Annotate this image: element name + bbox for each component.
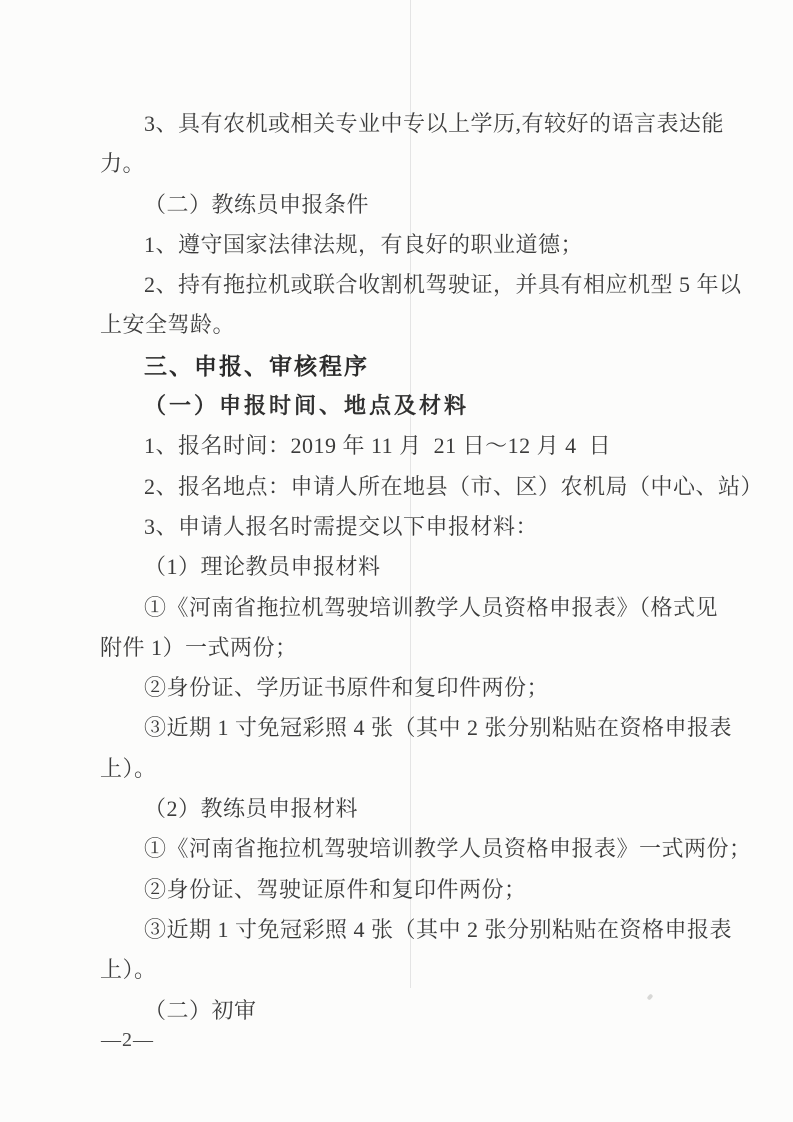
document-line: ③近期 1 寸免冠彩照 4 张（其中 2 张分别粘贴在资格申报表 [100,910,760,950]
document-line: 力。 [100,144,760,184]
document-body: 3、具有农机或相关专业中专以上学历,有较好的语言表达能力。（二）教练员申报条件1… [100,104,760,1031]
document-line: 3、具有农机或相关专业中专以上学历,有较好的语言表达能 [100,104,760,144]
document-line: 2、报名地点：申请人所在地县（市、区）农机局（中心、站） [100,467,760,507]
document-line: 上）。 [100,950,760,990]
document-line: ②身份证、学历证书原件和复印件两份； [100,668,760,708]
document-line: ①《河南省拖拉机驾驶培训教学人员资格申报表》一式两份； [100,829,760,869]
page-number: —2— [101,1026,154,1054]
document-line: 三、申报、审核程序 [100,346,760,386]
document-line: ②身份证、驾驶证原件和复印件两份； [100,870,760,910]
document-line: 1、遵守国家法律法规，有良好的职业道德； [100,225,760,265]
document-line: 1、报名时间：2019 年 11 月 21 日～12 月 4 日 [100,426,760,466]
document-line: 附件 1）一式两份； [100,628,760,668]
scanned-document-page: 3、具有农机或相关专业中专以上学历,有较好的语言表达能力。（二）教练员申报条件1… [0,0,793,1122]
document-line: （2）教练员申报材料 [100,789,760,829]
document-line: 3、申请人报名时需提交以下申报材料： [100,507,760,547]
document-line: （一）申报时间、地点及材料 [100,386,760,426]
document-line: ①《河南省拖拉机驾驶培训教学人员资格申报表》（格式见 [100,588,760,628]
document-line: （二）初审 [100,991,760,1031]
document-line: 上安全驾龄。 [100,305,760,345]
document-line: （1）理论教员申报材料 [100,547,760,587]
document-line: （二）教练员申报条件 [100,185,760,225]
document-line: 2、持有拖拉机或联合收割机驾驶证，并具有相应机型 5 年以 [100,265,760,305]
document-line: ③近期 1 寸免冠彩照 4 张（其中 2 张分别粘贴在资格申报表 [100,708,760,748]
document-line: 上）。 [100,749,760,789]
